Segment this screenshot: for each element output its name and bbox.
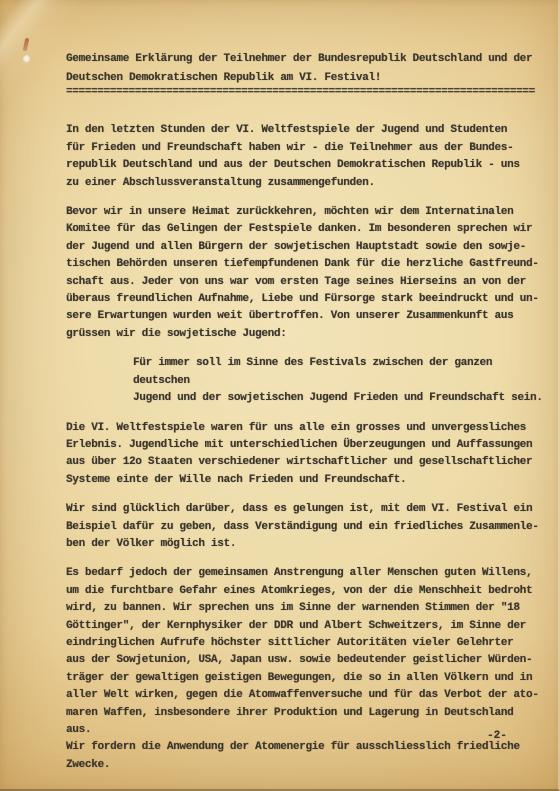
paragraph-peaceful-energy: Wir fordern die Anwendung der Atomenergi… xyxy=(66,739,548,774)
page-number: -2- xyxy=(487,730,507,742)
paragraph-thanks: Bevor wir in unsere Heimat zurückkehren,… xyxy=(66,204,548,343)
document-body: Gemeinsame Erklärung der Teilnehmer der … xyxy=(66,50,548,774)
quote-block: Für immer soll im Sinne des Festivals zw… xyxy=(133,355,548,407)
paragraph-festival-experience: Die VI. Weltfestspiele waren für uns all… xyxy=(66,420,548,490)
paragraph-understanding: Wir sind glücklich darüber, dass es gelu… xyxy=(66,501,548,553)
paragraph-atomic-warning: Es bedarf jedoch der gemeinsamen Anstren… xyxy=(66,565,548,739)
paragraph-intro: In den letzten Stunden der VI. Weltfests… xyxy=(66,122,548,192)
title-underline: ========================================… xyxy=(66,84,548,101)
paper-blemish xyxy=(23,55,30,63)
document-header: Gemeinsame Erklärung der Teilnehmer der … xyxy=(66,50,548,101)
red-pencil-mark xyxy=(23,38,30,52)
document-title: Gemeinsame Erklärung der Teilnehmer der … xyxy=(66,50,548,87)
scanned-document-page: Gemeinsame Erklärung der Teilnehmer der … xyxy=(0,0,560,791)
